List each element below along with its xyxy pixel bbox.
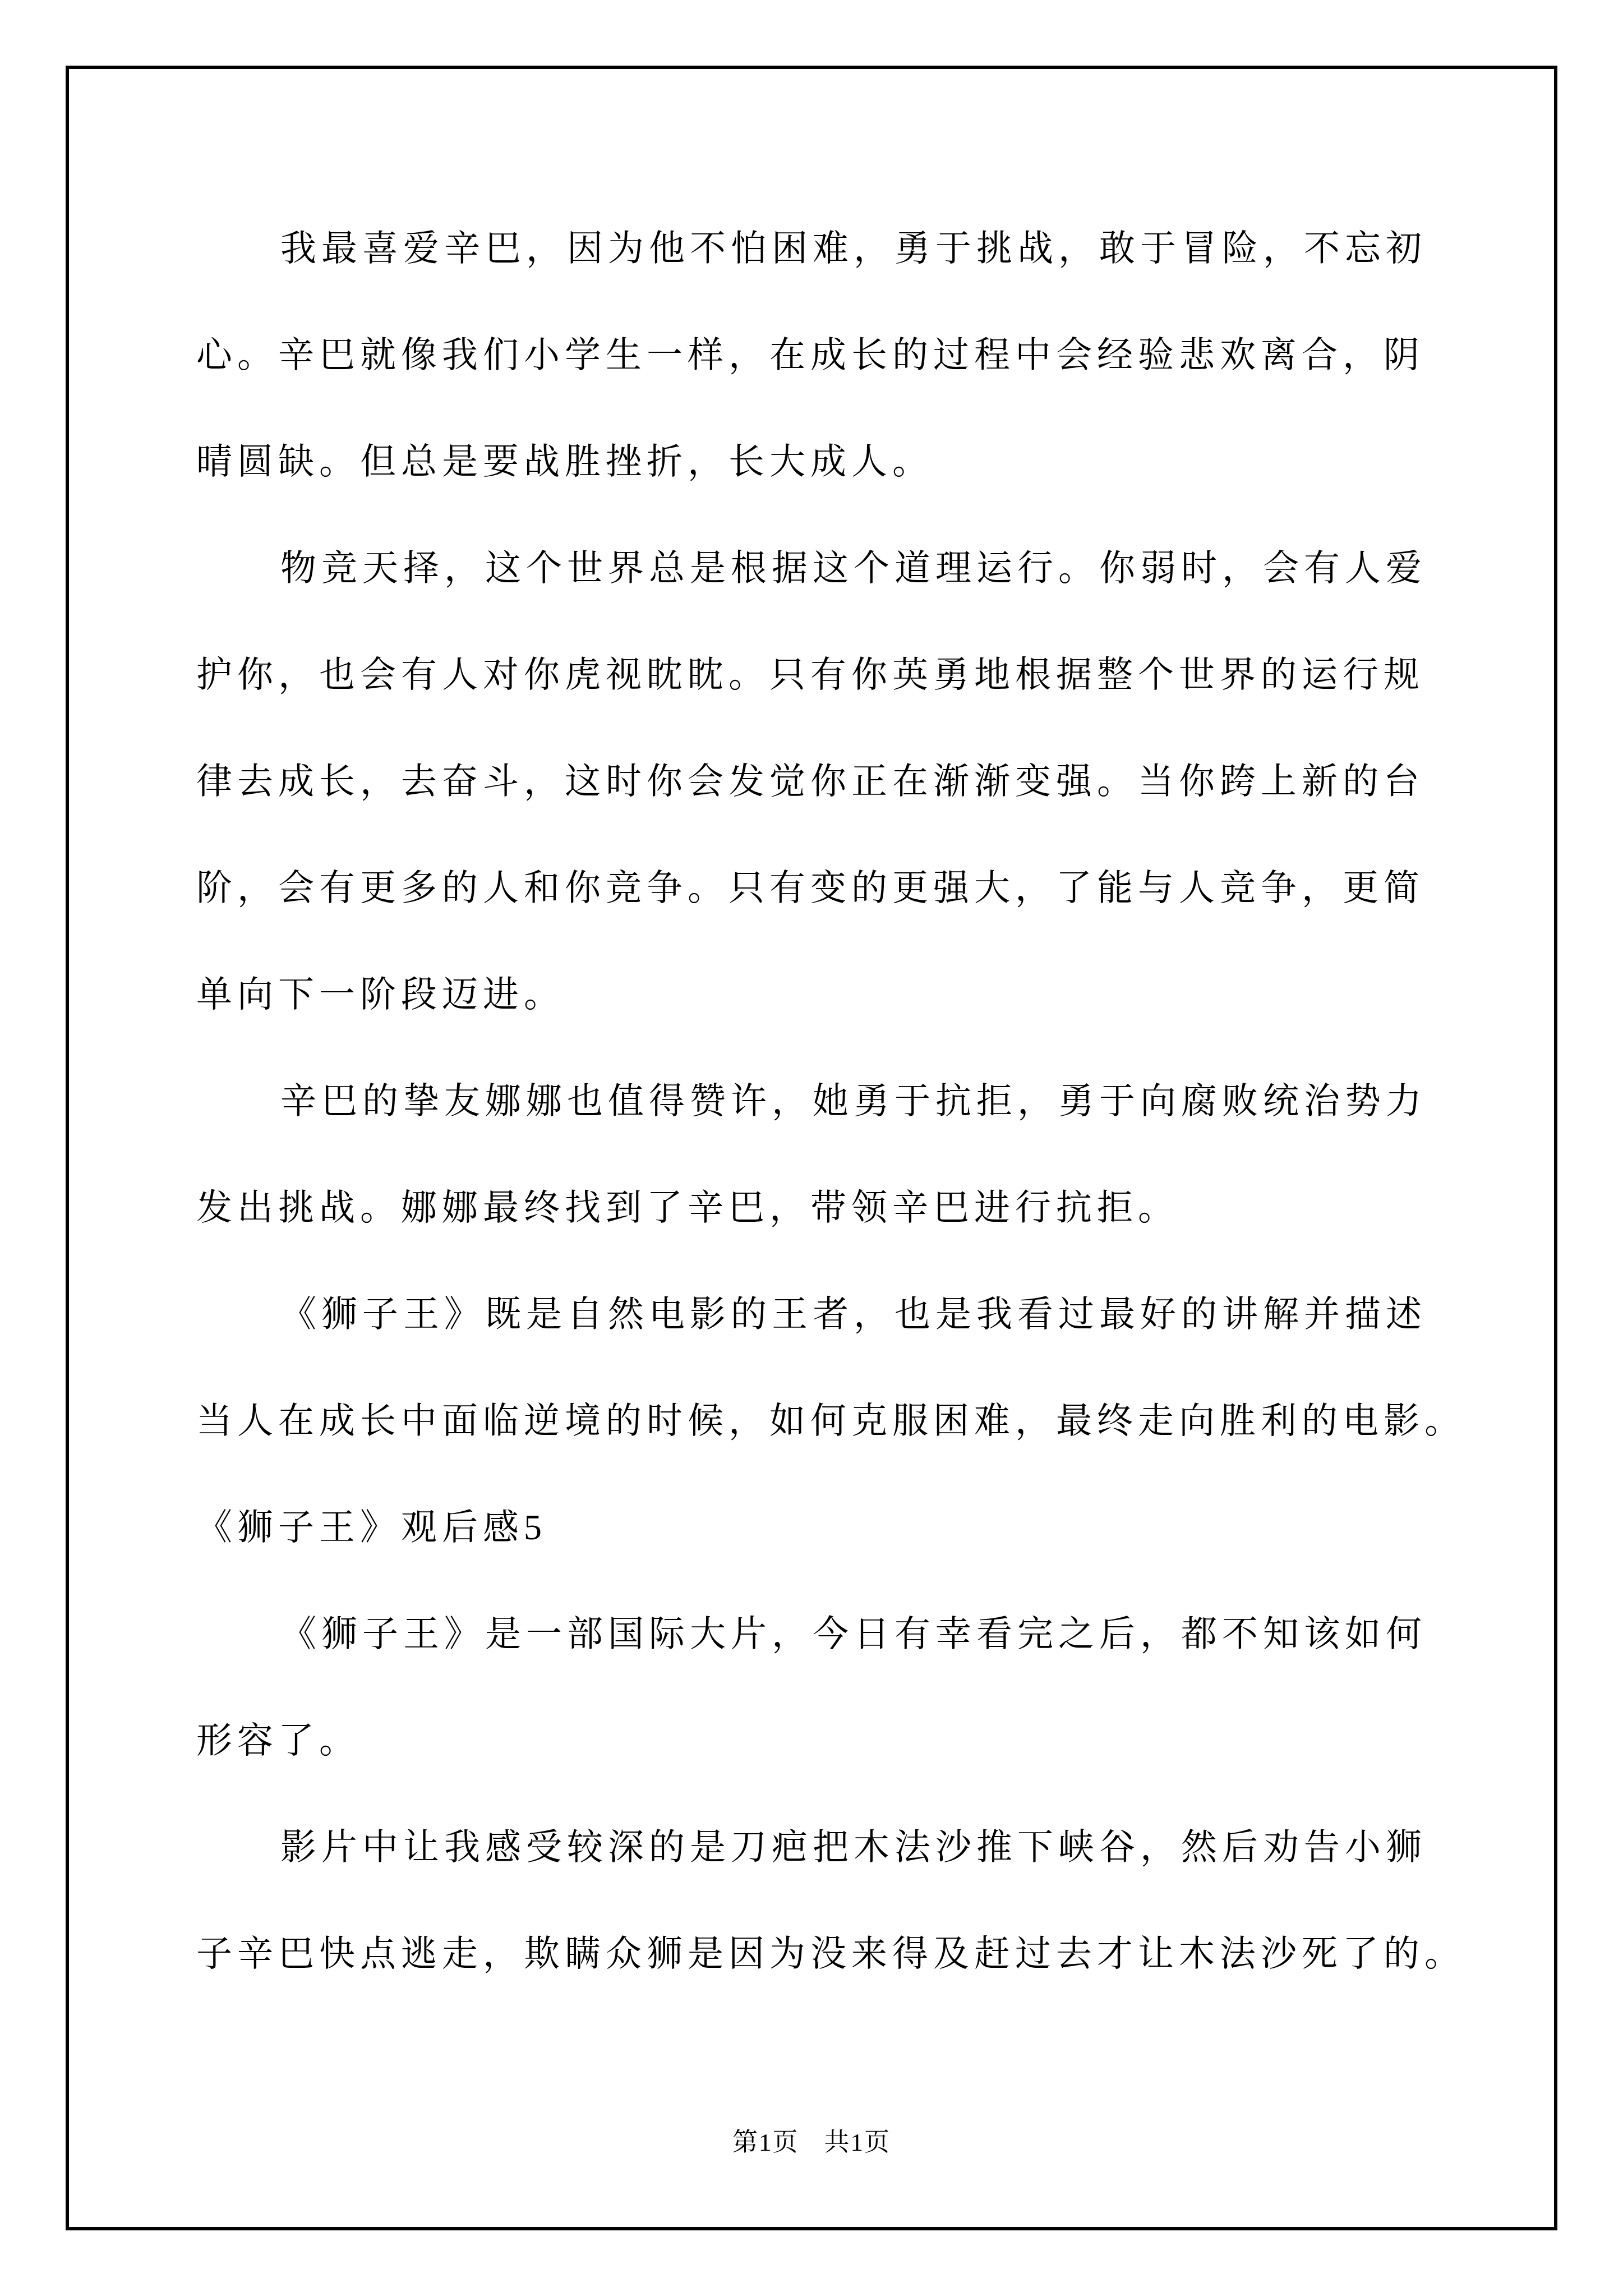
document-body: 我最喜爱辛巴，因为他不怕困难，勇于挑战，敢于冒险，不忘初 心。辛巴就像我们小学生… — [196, 195, 1430, 2007]
document-page: 我最喜爱辛巴，因为他不怕困难，勇于挑战，敢于冒险，不忘初 心。辛巴就像我们小学生… — [0, 0, 1623, 2296]
page-footer: 第1页共1页 — [66, 2128, 1557, 2157]
footer-total-pages: 共1页 — [824, 2128, 891, 2156]
paragraph-heading: 《狮子王》观后感5 — [196, 1474, 1430, 1581]
paragraph: 影片中让我感受较深的是刀疤把木法沙推下峡谷，然后劝告小狮 子辛巴快点逃走，欺瞒众… — [196, 1794, 1430, 2007]
paragraph: 我最喜爱辛巴，因为他不怕困难，勇于挑战，敢于冒险，不忘初 心。辛巴就像我们小学生… — [196, 195, 1430, 515]
paragraph: 辛巴的挚友娜娜也值得赞许，她勇于抗拒，勇于向腐败统治势力 发出挑战。娜娜最终找到… — [196, 1048, 1430, 1261]
paragraph: 《狮子王》既是自然电影的王者，也是我看过最好的讲解并描述 当人在成长中面临逆境的… — [196, 1261, 1430, 1474]
footer-page-number: 第1页 — [732, 2128, 799, 2156]
paragraph: 物竞天择，这个世界总是根据这个道理运行。你弱时，会有人爱 护你，也会有人对你虎视… — [196, 515, 1430, 1048]
paragraph: 《狮子王》是一部国际大片，今日有幸看完之后，都不知该如何 形容了。 — [196, 1581, 1430, 1794]
